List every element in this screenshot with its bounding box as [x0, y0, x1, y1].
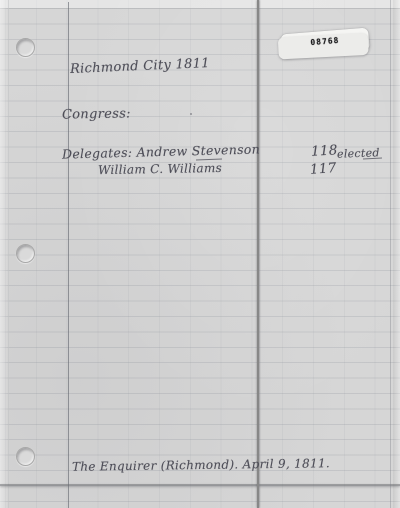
paper-right-edge — [393, 0, 400, 508]
section-heading: Congress: — [62, 106, 131, 122]
catalog-number: 08768 — [281, 34, 369, 50]
center-crease-line — [257, 0, 259, 508]
result-row-1-candidate: Delegates: Andrew Stevenson — [62, 141, 260, 161]
punch-hole-bottom — [16, 447, 35, 466]
page-title: Richmond City 1811 — [70, 56, 210, 77]
source-citation: The Enquirer (Richmond). April 9, 1811. — [72, 456, 330, 474]
right-column-line — [390, 0, 391, 508]
paper-left-edge — [0, 0, 9, 508]
paper-top-edge — [0, 0, 400, 9]
left-margin-line — [68, 2, 69, 508]
paper-bottom-edge — [0, 484, 400, 486]
ink-speck — [190, 113, 192, 115]
punch-hole-top — [16, 38, 35, 57]
result-row-2-vote-count: 117 — [309, 160, 337, 178]
catalog-sticker: 08768 — [280, 28, 370, 58]
result-row-2-candidate: William C. Williams — [98, 161, 222, 177]
result-row-1-vote-count: 118 — [311, 142, 338, 159]
scanned-page: 08768 Richmond City 1811 Congress: Deleg… — [0, 0, 400, 508]
punch-hole-middle — [16, 244, 35, 263]
